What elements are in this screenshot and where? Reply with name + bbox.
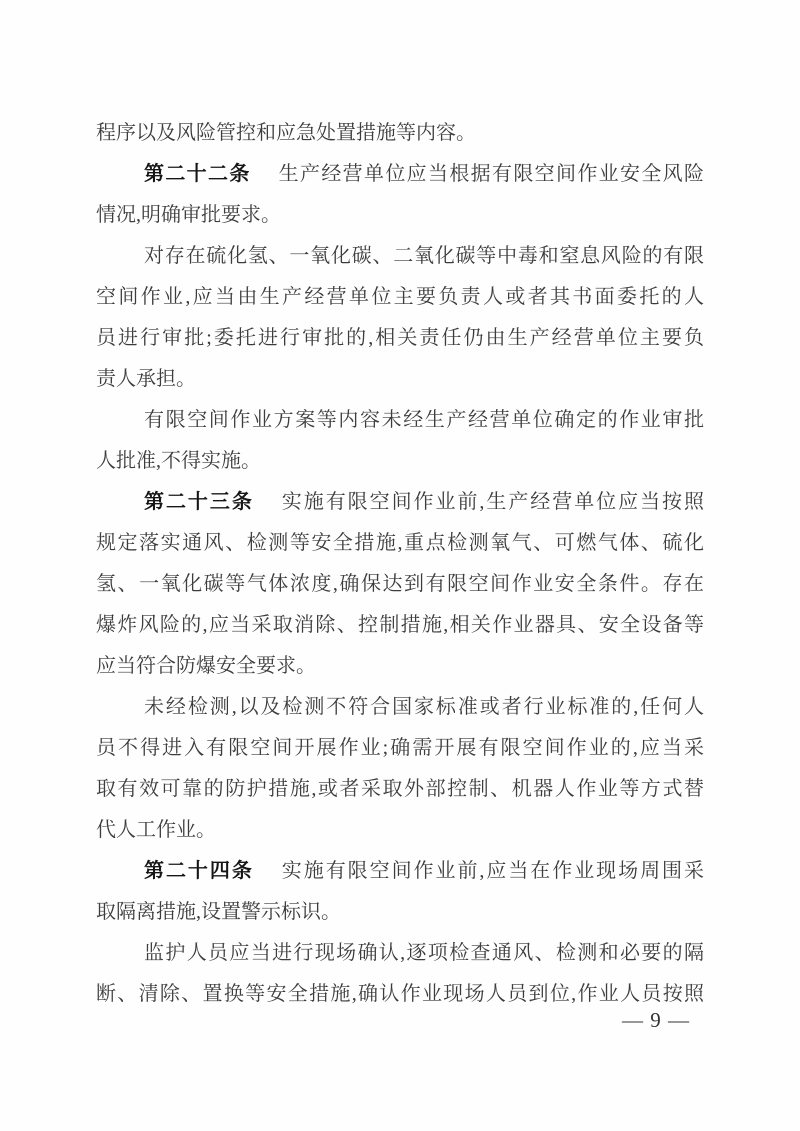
text-line: 取隔离措施,设置警示标识。 bbox=[96, 892, 704, 933]
article-number-24: 第二十四条 bbox=[144, 860, 254, 882]
article-number-23: 第二十三条 bbox=[144, 491, 254, 513]
text-line: 程序以及风险管控和应急处置措施等内容。 bbox=[96, 113, 704, 154]
text-line: 员进行审批;委托进行审批的,相关责任仍由生产经营单位主要负 bbox=[96, 318, 704, 359]
text-line: 责人承担。 bbox=[96, 359, 704, 400]
text-line: 人批准,不得实施。 bbox=[96, 441, 704, 482]
text-line: 第二十三条实施有限空间作业前,生产经营单位应当按照 bbox=[96, 482, 704, 523]
article-number-22: 第二十二条 bbox=[144, 163, 251, 185]
line-text: 生产经营单位应当根据有限空间作业安全风险 bbox=[279, 163, 704, 185]
text-line: 爆炸风险的,应当采取消除、控制措施,相关作业器具、安全设备等 bbox=[96, 605, 704, 646]
line-text: 实施有限空间作业前,生产经营单位应当按照 bbox=[282, 491, 704, 513]
text-line: 情况,明确审批要求。 bbox=[96, 195, 704, 236]
document-page: 程序以及风险管控和应急处置措施等内容。 第二十二条生产经营单位应当根据有限空间作… bbox=[0, 0, 800, 1131]
text-line: 应当符合防爆安全要求。 bbox=[96, 646, 704, 687]
text-line: 断、清除、置换等安全措施,确认作业现场人员到位,作业人员按照 bbox=[96, 974, 704, 1015]
text-line: 未经检测,以及检测不符合国家标准或者行业标准的,任何人 bbox=[96, 687, 704, 728]
line-text: 实施有限空间作业前,应当在作业现场周围采 bbox=[282, 860, 704, 882]
page-number: — 9 — bbox=[622, 1007, 690, 1033]
text-line: 代人工作业。 bbox=[96, 810, 704, 851]
text-line: 员不得进入有限空间开展作业;确需开展有限空间作业的,应当采 bbox=[96, 728, 704, 769]
text-line: 有限空间作业方案等内容未经生产经营单位确定的作业审批 bbox=[96, 400, 704, 441]
text-line: 监护人员应当进行现场确认,逐项检查通风、检测和必要的隔 bbox=[96, 933, 704, 974]
text-line: 规定落实通风、检测等安全措施,重点检测氧气、可燃气体、硫化 bbox=[96, 523, 704, 564]
text-line: 取有效可靠的防护措施,或者采取外部控制、机器人作业等方式替 bbox=[96, 769, 704, 810]
text-line: 空间作业,应当由生产经营单位主要负责人或者其书面委托的人 bbox=[96, 277, 704, 318]
text-line: 第二十四条实施有限空间作业前,应当在作业现场周围采 bbox=[96, 851, 704, 892]
text-line: 第二十二条生产经营单位应当根据有限空间作业安全风险 bbox=[96, 154, 704, 195]
document-body-text: 程序以及风险管控和应急处置措施等内容。 第二十二条生产经营单位应当根据有限空间作… bbox=[96, 113, 704, 1015]
text-line: 氢、一氧化碳等气体浓度,确保达到有限空间作业安全条件。存在 bbox=[96, 564, 704, 605]
text-line: 对存在硫化氢、一氧化碳、二氧化碳等中毒和窒息风险的有限 bbox=[96, 236, 704, 277]
